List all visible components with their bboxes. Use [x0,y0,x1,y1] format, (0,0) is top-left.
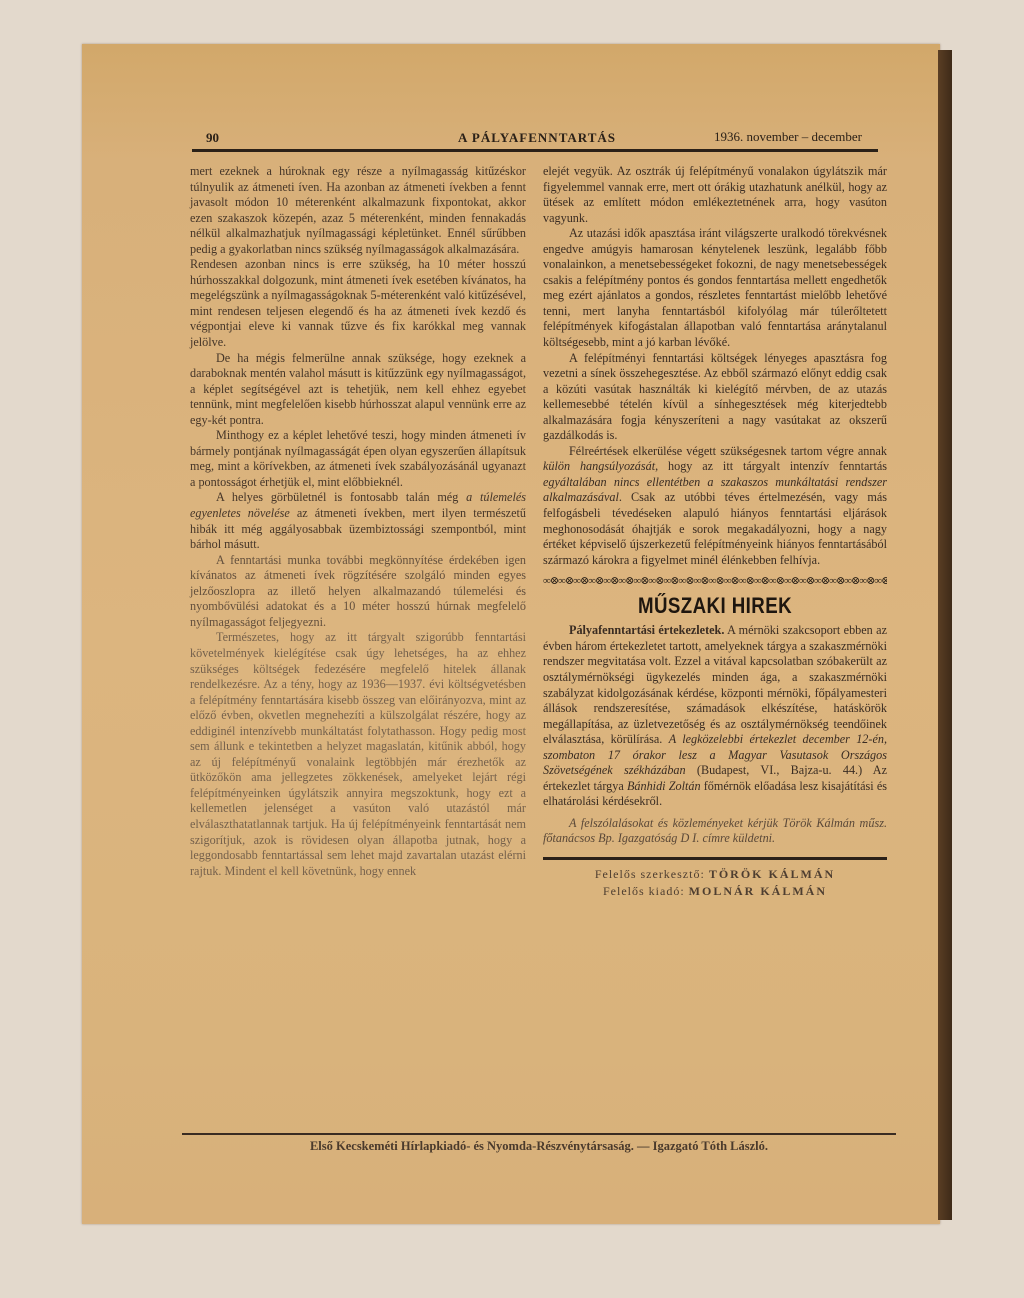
editor-name: TÖRÖK KÁLMÁN [709,867,835,881]
news-heading: Pályafenntartási értekezletek. [569,623,724,637]
text-run: Félreértések elkerülése végett szükséges… [569,444,887,458]
right-column: elejét vegyük. Az osztrák új felépítmény… [543,164,887,900]
header-rule [192,149,878,152]
section-title: MŰSZAKI HIREK [569,598,861,614]
paragraph: A helyes görbületnél is fontosabb talán … [190,490,526,552]
credits-rule [543,857,887,860]
editor-line: Felelős szerkesztő: TÖRÖK KÁLMÁN [543,866,887,883]
credits: Felelős szerkesztő: TÖRÖK KÁLMÁN Felelős… [543,866,887,900]
paragraph: De ha mégis felmerülne annak szüksége, h… [190,351,526,429]
editor-label: Felelős szerkesztő: [595,867,709,881]
paragraph: Az utazási idők apasztása iránt világsze… [543,226,887,350]
ornamental-divider: ∞⊗∞⊗∞⊗∞⊗∞⊗∞⊗∞⊗∞⊗∞⊗∞⊗∞⊗∞⊗∞⊗∞⊗∞⊗∞⊗∞⊗∞⊗∞⊗∞⊗… [543,574,887,590]
left-column: mert ezeknek a húroknak egy része a nyíl… [190,164,526,879]
paragraph: mert ezeknek a húroknak egy része a nyíl… [190,164,526,257]
running-header: 90 A PÁLYAFENNTARTÁS 1936. november – de… [192,126,878,148]
publisher-label: Felelős kiadó: [603,884,689,898]
paragraph: Félreértések elkerülése végett szükséges… [543,444,887,568]
printer-imprint: Első Kecskeméti Hírlapkiadó- és Nyomda-R… [182,1139,896,1154]
journal-title: A PÁLYAFENNTARTÁS [458,130,616,146]
page-number: 90 [206,130,219,146]
publisher-name: MOLNÁR KÁLMÁN [689,884,827,898]
paragraph: A felépítményi fenntartási költségek lén… [543,351,887,444]
text-run: , hogy az itt tárgyalt intenzív fenntart… [655,459,887,473]
paragraph: Rendesen azonban nincs is erre szükség, … [190,257,526,350]
emphasis-run: külön hangsúlyozását [543,459,655,473]
footer-rule [182,1133,896,1135]
news-item: Pályafenntartási értekezletek. A mérnöki… [543,623,887,810]
text-run: A mérnöki szakcsoport ebben az évben hár… [543,623,887,746]
issue-date: 1936. november – december [714,129,862,145]
notice: A felszólalásokat és közleményeket kérjü… [543,816,887,847]
paragraph: elejét vegyük. Az osztrák új felépítmény… [543,164,887,226]
text-run: A helyes görbületnél is fontosabb talán … [216,490,466,504]
emphasis-run: Bánhidi Zoltán [627,779,701,793]
paragraph: Természetes, hogy az itt tárgyalt szigor… [190,630,526,879]
publisher-line: Felelős kiadó: MOLNÁR KÁLMÁN [543,883,887,900]
notice-text: A felszólalásokat és közleményeket kérjü… [543,816,887,846]
page-edge-shadow [938,50,952,1220]
paragraph: A fenntartási munka további megkönnyítés… [190,553,526,631]
paragraph: Minthogy ez a képlet lehetővé teszi, hog… [190,428,526,490]
